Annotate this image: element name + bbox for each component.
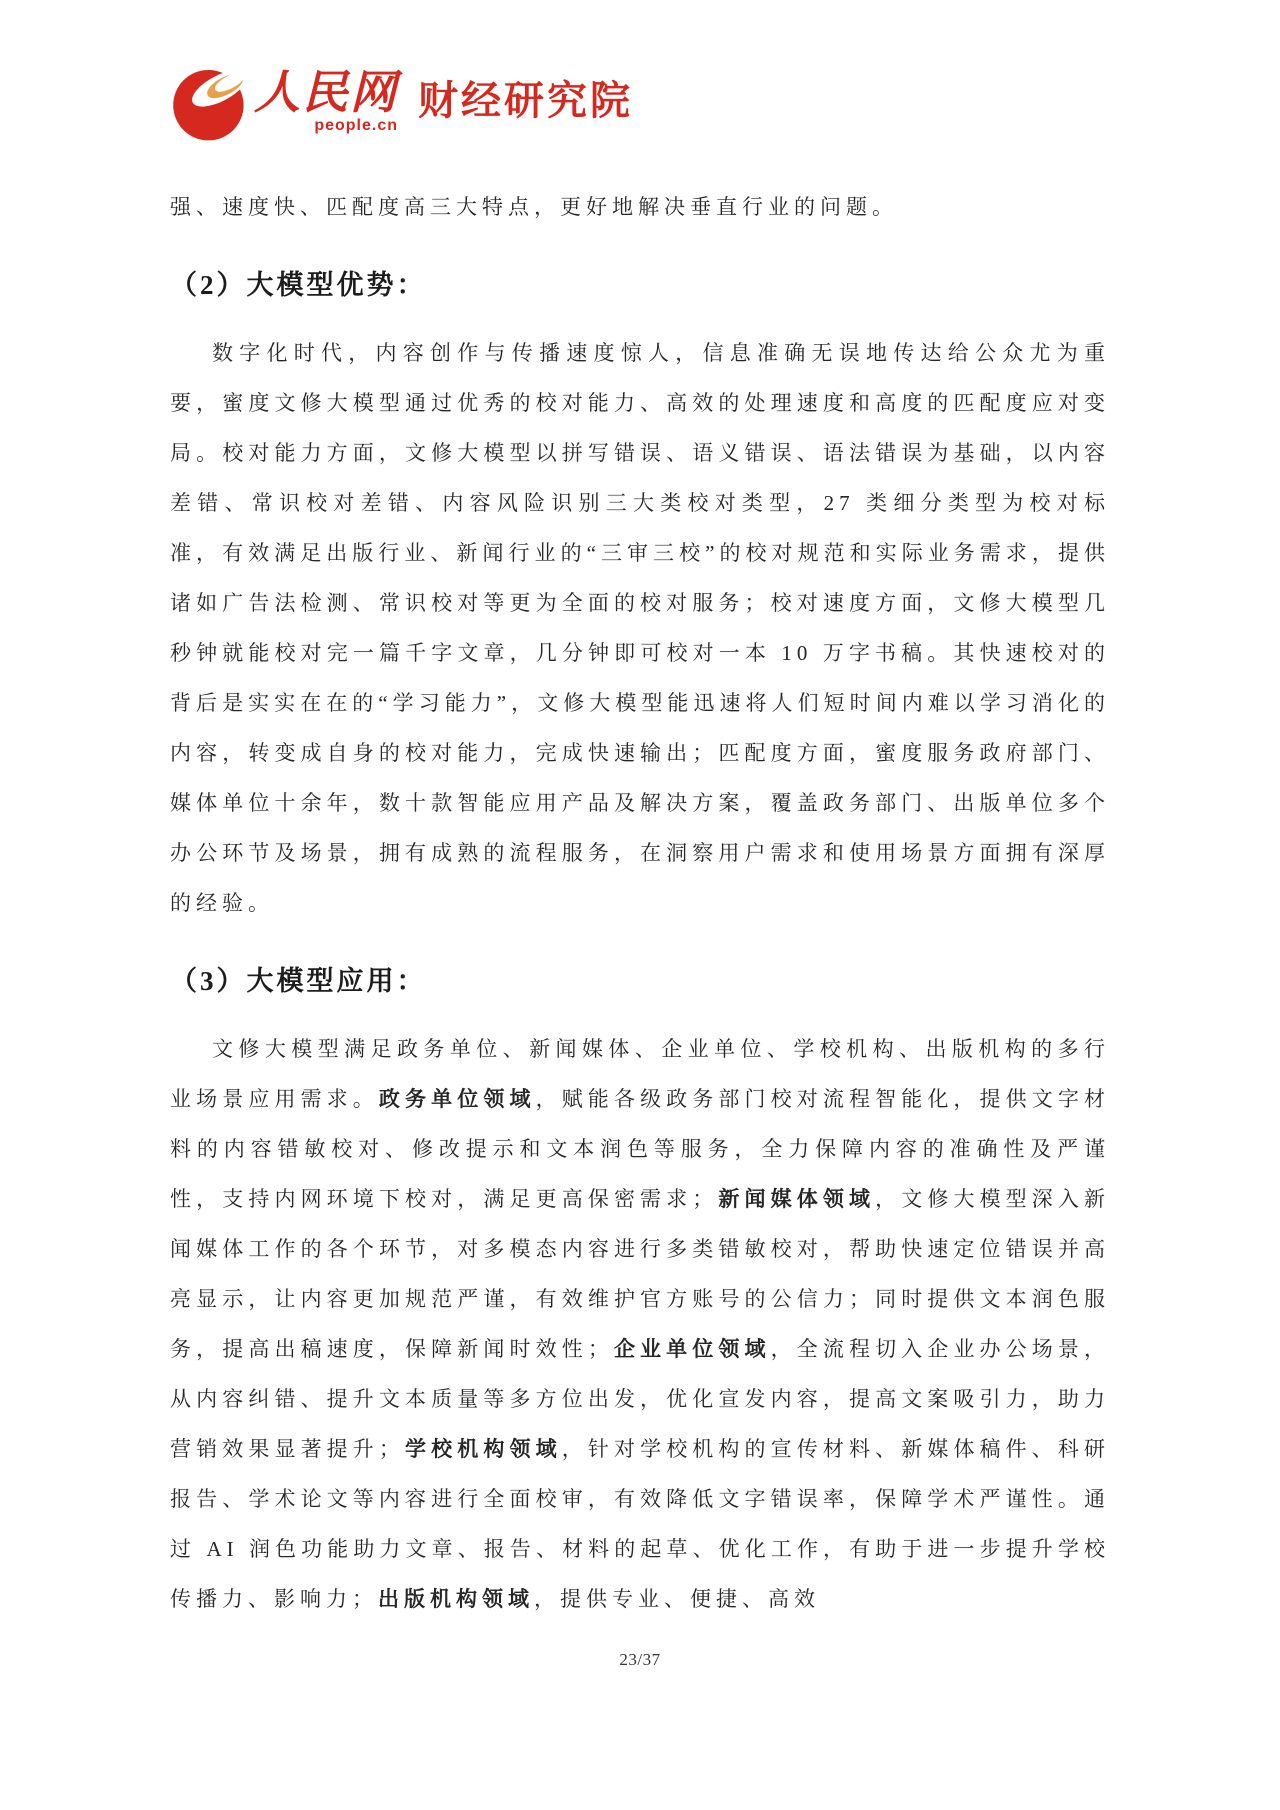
section-heading: （3）大模型应用： [170,962,1110,1000]
text-run: ，提供专业、便捷、高效 [534,1587,820,1611]
paragraph: 数字化时代，内容创作与传播速度惊人，信息准确无误地传达给公众尤为重要，蜜度文修大… [170,328,1110,928]
document-body: 强、速度快、匹配度高三大特点，更好地解决垂直行业的问题。 （2）大模型优势：数字… [170,182,1110,1624]
page-number: 23/37 [619,1650,660,1669]
document-page: 人民网 people.cn 财经研究院 强、速度快、匹配度高三大特点，更好地解决… [0,0,1280,1810]
emphasis-text: 学校机构领域 [405,1437,562,1461]
page-header: 人民网 people.cn 财经研究院 [170,58,1110,146]
emphasis-text: 政务单位领域 [379,1087,536,1111]
text-run: 数字化时代，内容创作与传播速度惊人，信息准确无误地传达给公众尤为重要，蜜度文修大… [170,341,1110,915]
brand-text-block: 人民网 people.cn [254,70,398,134]
brand-name: 人民网 [254,70,398,116]
continuation-paragraph: 强、速度快、匹配度高三大特点，更好地解决垂直行业的问题。 [170,182,1110,232]
brand-division-title: 财经研究院 [418,69,633,136]
text-run: ，文修大模型深入新闻媒体工作的各个环节，对多模态内容进行多类错敏校对，帮助快速定… [170,1187,1110,1361]
paragraph: 文修大模型满足政务单位、新闻媒体、企业单位、学校机构、出版机构的多行业场景应用需… [170,1024,1110,1624]
text-run: ，针对学校机构的宣传材料、新媒体稿件、科研报告、学术论文等内容进行全面校审，有效… [170,1437,1110,1611]
brand-domain: people.cn [314,118,398,134]
emphasis-text: 新闻媒体领域 [718,1187,875,1211]
emphasis-text: 出版机构领域 [378,1587,534,1611]
peoplecn-logo-icon [170,62,250,142]
page-footer: 23/37 [0,1650,1280,1670]
sections-container: （2）大模型优势：数字化时代，内容创作与传播速度惊人，信息准确无误地传达给公众尤… [170,266,1110,1624]
section-heading: （2）大模型优势： [170,266,1110,304]
emphasis-text: 企业单位领域 [614,1337,771,1361]
